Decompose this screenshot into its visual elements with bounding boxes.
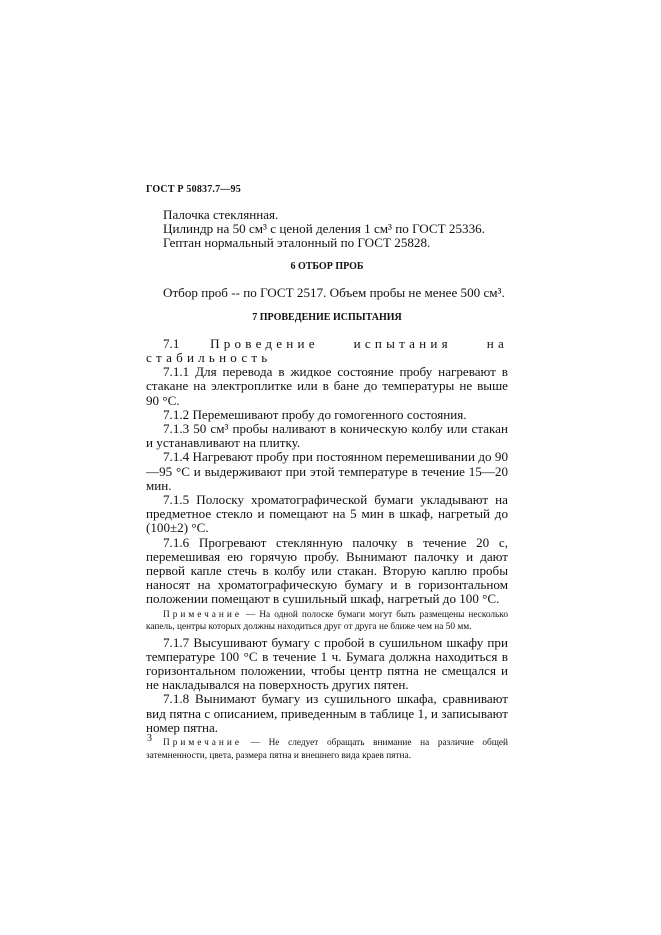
paragraph-7-1-1: 7.1.1 Для перевода в жидкое состояние пр… — [146, 365, 508, 408]
document-code-header: ГОСТ Р 50837.7—95 — [146, 183, 508, 196]
document-page: ГОСТ Р 50837.7—95 Палочка стеклянная. Ци… — [146, 183, 508, 764]
page-number: 3 — [147, 733, 152, 744]
subsection-7-1-heading: 7.1 Проведение испытания на стабильность — [146, 337, 508, 365]
paragraph-7-1-6: 7.1.6 Прогревают стеклянную палочку в те… — [146, 536, 508, 607]
paragraph-7-1-5: 7.1.5 Полоску хроматографической бумаги … — [146, 493, 508, 536]
section-6-title: 6 ОТБОР ПРОБ — [146, 261, 508, 273]
note-label: Примечание — [163, 738, 242, 748]
equipment-item: Палочка стеклянная. — [146, 208, 508, 222]
paragraph-7-1-4: 7.1.4 Нагревают пробу при постоянном пер… — [146, 450, 508, 493]
equipment-list: Палочка стеклянная. Цилиндр на 50 см³ с … — [146, 208, 508, 251]
paragraph-7-1-2: 7.1.2 Перемешивают пробу до гомогенного … — [146, 408, 508, 422]
note-1: Примечание — На одной полоске бумаги мог… — [146, 609, 508, 634]
subsection-title: Проведение испытания на стабильность — [146, 336, 508, 365]
paragraph-7-1-8: 7.1.8 Вынимают бумагу из сушильного шкаф… — [146, 692, 508, 735]
subsection-number: 7.1 — [163, 336, 179, 351]
equipment-item: Гептан нормальный эталонный по ГОСТ 2582… — [146, 236, 508, 250]
equipment-item: Цилиндр на 50 см³ с ценой деления 1 см³ … — [146, 222, 508, 236]
section-6-text: Отбор проб -- по ГОСТ 2517. Объем пробы … — [146, 286, 508, 300]
section-7-title: 7 ПРОВЕДЕНИЕ ИСПЫТАНИЯ — [146, 312, 508, 324]
paragraph-7-1-3: 7.1.3 50 см³ пробы наливают в коническую… — [146, 422, 508, 450]
note-2: Примечание — Не следует обращать внимани… — [146, 737, 508, 762]
paragraph-7-1-7: 7.1.7 Высушивают бумагу с пробой в сушил… — [146, 636, 508, 693]
note-label: Примечание — [163, 610, 242, 620]
